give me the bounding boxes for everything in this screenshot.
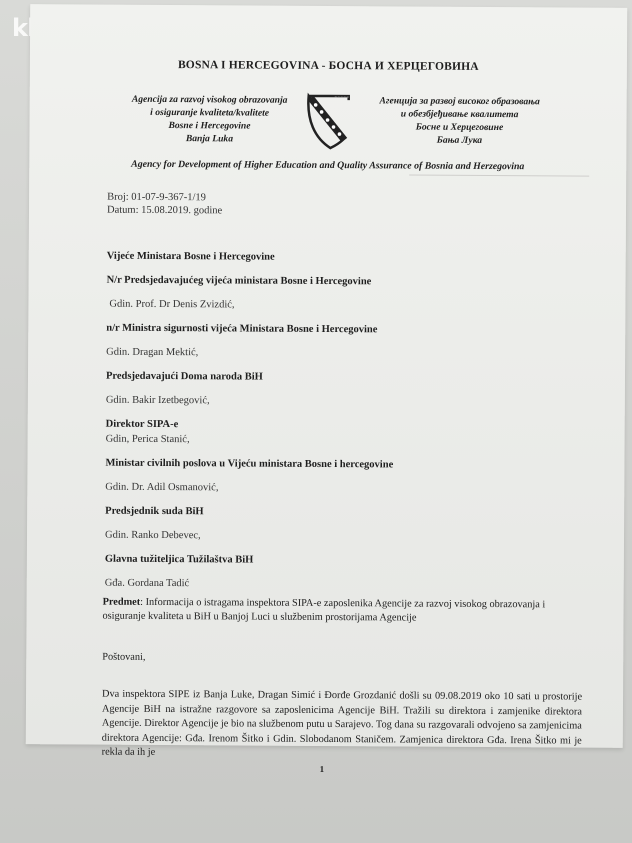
recipient-name: Gdin. Bakir Izetbegović, bbox=[106, 395, 576, 411]
recipient-title: N/r Predsjedavajućeg vijeća ministara Bo… bbox=[107, 275, 577, 291]
recipient-name: Gdin. Ranko Debevec, bbox=[105, 530, 575, 546]
recipient-name: Gdin, Perica Stanić, bbox=[106, 434, 576, 450]
header-divider bbox=[409, 175, 589, 177]
recipient-title: Direktor SIPA-e bbox=[106, 419, 576, 435]
recipient-title: Ministar civilnih poslova u Vijeću minis… bbox=[105, 458, 575, 474]
header-latin-line: Banja Luka bbox=[109, 132, 309, 146]
recipient-title: Predsjedavajući Doma naroda BiH bbox=[106, 371, 576, 387]
body-paragraph: Dva inspektora SIPE iz Banja Luke, Draga… bbox=[102, 688, 582, 763]
recipient-name: Gdin. Dragan Mektić, bbox=[106, 347, 576, 363]
page-number: 1 bbox=[320, 764, 325, 774]
recipient-name: Gdin. Prof. Dr Denis Zvizdić, bbox=[106, 299, 576, 315]
reference-number: Broj: 01-07-9-367-1/19 bbox=[107, 191, 222, 205]
header-latin-line: Bosne i Hercegovine bbox=[109, 119, 309, 133]
header-cyrillic-line: и обезбјеђивање квалитета bbox=[360, 107, 560, 121]
recipient-title: n/r Ministra sigurnosti vijeća Ministara… bbox=[106, 323, 576, 339]
recipient-institution: Vijeće Ministara Bosne i Hercegovine bbox=[107, 251, 577, 267]
document-date: Datum: 15.08.2019. godine bbox=[107, 204, 222, 218]
recipients-list: Vijeće Ministara Bosne i Hercegovine N/r… bbox=[105, 251, 577, 605]
header-cyrillic-line: Агенција за развој високог образовања bbox=[360, 94, 560, 108]
greeting: Poštovani, bbox=[102, 652, 145, 663]
document-meta: Broj: 01-07-9-367-1/19 Datum: 15.08.2019… bbox=[107, 191, 222, 218]
header-latin-block: Agencija za razvoj visokog obrazovanja i… bbox=[109, 93, 309, 146]
header-latin-line: Agencija za razvoj visokog obrazovanja bbox=[110, 93, 310, 107]
subject-text: : Informacija o istragama inspektora SIP… bbox=[102, 597, 545, 624]
recipient-title: Glavna tužiteljica Tužilaštva BiH bbox=[105, 554, 575, 570]
header-latin-line: i osiguranje kvaliteta/kvalitete bbox=[110, 106, 310, 120]
recipient-title: Predsjednik suda BiH bbox=[105, 506, 575, 522]
subject-label: Predmet bbox=[103, 597, 141, 608]
header-cyrillic-line: Босне и Херцеговине bbox=[359, 120, 559, 134]
coat-of-arms-icon bbox=[304, 90, 352, 152]
header-english: Agency for Development of Higher Educati… bbox=[29, 158, 626, 173]
document-page: BOSNA I HERCEGOVINA - БОСНА И ХЕРЦЕГОВИН… bbox=[26, 4, 628, 748]
header-cyrillic-line: Бања Лука bbox=[359, 133, 559, 147]
header-title: BOSNA I HERCEGOVINA - БОСНА И ХЕРЦЕГОВИН… bbox=[30, 58, 627, 74]
recipient-name: Gđa. Gordana Tadić bbox=[105, 578, 575, 594]
subject-line: Predmet: Informacija o istragama inspekt… bbox=[102, 596, 582, 627]
header-cyrillic-block: Агенција за развој високог образовања и … bbox=[359, 94, 559, 147]
recipient-name: Gdin. Dr. Adil Osmanović, bbox=[105, 482, 575, 498]
